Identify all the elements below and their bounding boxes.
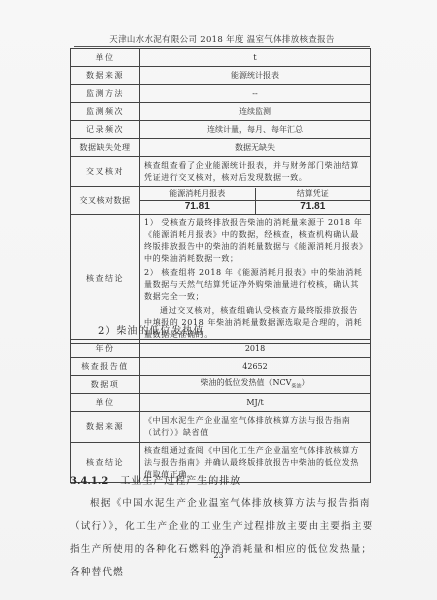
- table-row: 数据来源 《中国水泥生产企业温室气体排放核算方法与报告指南（试行）》缺省值: [71, 412, 371, 443]
- column-header: 结算凭证: [255, 188, 370, 201]
- row-label: 数据缺失处理: [71, 139, 140, 157]
- section-title: 工业生产过程产生的排放: [120, 476, 241, 487]
- row-label: 交叉核对数据: [71, 187, 140, 215]
- table-row: 记录频次 连续计量，每月、每年汇总: [71, 121, 371, 139]
- table-row: 核查报告值 42652: [71, 358, 371, 376]
- row-label: 记录频次: [71, 121, 140, 139]
- table-row: 单位 MJ/t: [71, 394, 371, 412]
- data-item-subscript: 柴油: [291, 383, 301, 389]
- row-value: 柴油的低位发热值（NCV柴油）: [140, 376, 371, 394]
- row-label: 数据来源: [71, 67, 140, 85]
- table-row: 数据来源 能源统计报表: [71, 67, 371, 85]
- page-number: 23: [0, 551, 437, 560]
- row-value: 连续监测: [140, 103, 371, 121]
- diesel-consumption-table: 单位 t 数据来源 能源统计报表 监测方法 -- 监测频次 连续监测 记录频次 …: [70, 48, 371, 344]
- cross-data-subtable: 能源消耗月报表 结算凭证 71.81 71.81: [140, 188, 370, 214]
- row-label: 数据项: [71, 376, 140, 394]
- column-header: 能源消耗月报表: [140, 188, 255, 201]
- section-heading: 3.4.1.2工业生产过程产生的排放: [70, 472, 241, 487]
- page-header: 天津山水水泥有限公司 2018 年度 温室气体排放核查报告: [74, 33, 370, 45]
- document-page: 天津山水水泥有限公司 2018 年度 温室气体排放核查报告 单位 t 数据来源 …: [0, 0, 437, 600]
- header-divider: [74, 46, 370, 47]
- row-label: 年份: [71, 340, 140, 358]
- row-value: 数据无缺失: [140, 139, 371, 157]
- row-value: 核查组查看了企业能源统计报表，并与财务部门柴油结算凭证进行交叉核对，核对后发现数…: [140, 157, 371, 187]
- row-value: 连续计量，每月、每年汇总: [140, 121, 371, 139]
- cell-value: 71.81: [140, 201, 255, 214]
- data-item-text: 柴油的低位发热值（NCV: [201, 378, 292, 387]
- data-item-close: ）: [301, 378, 309, 387]
- row-value: 能源统计报表: [140, 67, 371, 85]
- table-row: 数据项 柴油的低位发热值（NCV柴油）: [71, 376, 371, 394]
- table-row: 数据缺失处理 数据无缺失: [71, 139, 371, 157]
- row-label: 核查报告值: [71, 358, 140, 376]
- row-value: --: [140, 85, 371, 103]
- row-label: 单位: [71, 394, 140, 412]
- body-paragraph: 根据《中国水泥生产企业温室气体排放核算方法与报告指南（试行）》，化工生产企业的工…: [70, 492, 375, 584]
- row-label: 监测方法: [71, 85, 140, 103]
- row-value: MJ/t: [140, 394, 371, 412]
- conclusion-item: 2） 核查组将 2018 年《能源消耗月报表》中的柴油消耗量数据与天然气结算凭证…: [144, 267, 366, 303]
- row-label: 单位: [71, 49, 140, 67]
- cross-data-cell: 能源消耗月报表 结算凭证 71.81 71.81: [140, 187, 371, 215]
- subheading: 2）柴油的低位发热值: [98, 322, 204, 337]
- cell-value: 71.81: [255, 201, 370, 214]
- table-row: 交叉核对数据 能源消耗月报表 结算凭证 71.81 71.81: [71, 187, 371, 215]
- table-row: 监测频次 连续监测: [71, 103, 371, 121]
- table-row: 年份 2018: [71, 340, 371, 358]
- row-value: 2018: [140, 340, 371, 358]
- table-row: 交叉核对 核查组查看了企业能源统计报表，并与财务部门柴油结算凭证进行交叉核对，核…: [71, 157, 371, 187]
- row-label: 数据来源: [71, 412, 140, 443]
- row-label: 监测频次: [71, 103, 140, 121]
- table-row: 监测方法 --: [71, 85, 371, 103]
- diesel-ncv-table: 年份 2018 核查报告值 42652 数据项 柴油的低位发热值（NCV柴油） …: [70, 339, 371, 483]
- table-row: 单位 t: [71, 49, 371, 67]
- row-label: 交叉核对: [71, 157, 140, 187]
- row-value: 42652: [140, 358, 371, 376]
- conclusion-item: 1） 受核查方最终排放报告柴油的消耗量来源于 2018 年《能源消耗月报表》中的…: [144, 217, 366, 265]
- row-value: t: [140, 49, 371, 67]
- row-value: 《中国水泥生产企业温室气体排放核算方法与报告指南（试行）》缺省值: [140, 412, 371, 443]
- section-number: 3.4.1.2: [70, 476, 108, 487]
